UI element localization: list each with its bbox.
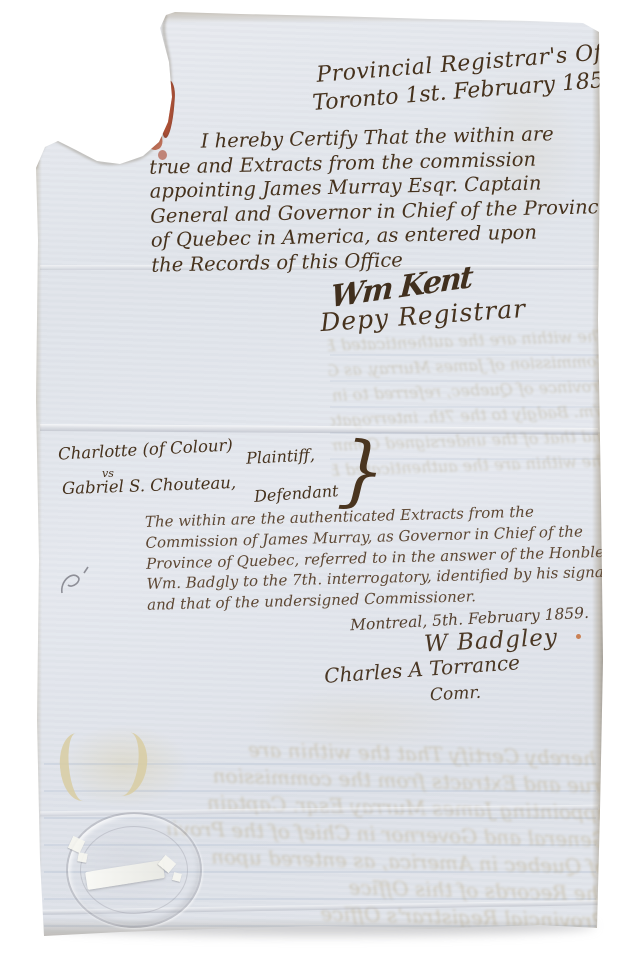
paper-edge-left	[36, 160, 42, 936]
paper-edge-top	[160, 11, 600, 23]
scanned-document-page: The within are the authenticated Extract…	[0, 0, 640, 970]
ink-speck	[576, 634, 581, 639]
defendant-name: Gabriel S. Chouteau,	[62, 473, 237, 498]
plaintiff-role: Plaintiff,	[246, 445, 316, 468]
tape-fragment	[77, 852, 87, 862]
caption-brace: }	[336, 425, 388, 518]
commissioner-note: The within are the authenticated Extract…	[145, 500, 593, 616]
defendant-role: Defendant	[253, 481, 339, 506]
commissioner-signature: Charles A Torrance	[323, 650, 520, 688]
certificate-paragraph: I hereby Certify That the within are tru…	[149, 121, 602, 277]
manuscript-paper: The within are the authenticated Extract…	[0, 0, 640, 970]
commissioner-title: Comr.	[430, 683, 482, 706]
pencil-mark	[58, 563, 98, 603]
plaintiff-name: Charlotte (of Colour)	[58, 435, 234, 463]
